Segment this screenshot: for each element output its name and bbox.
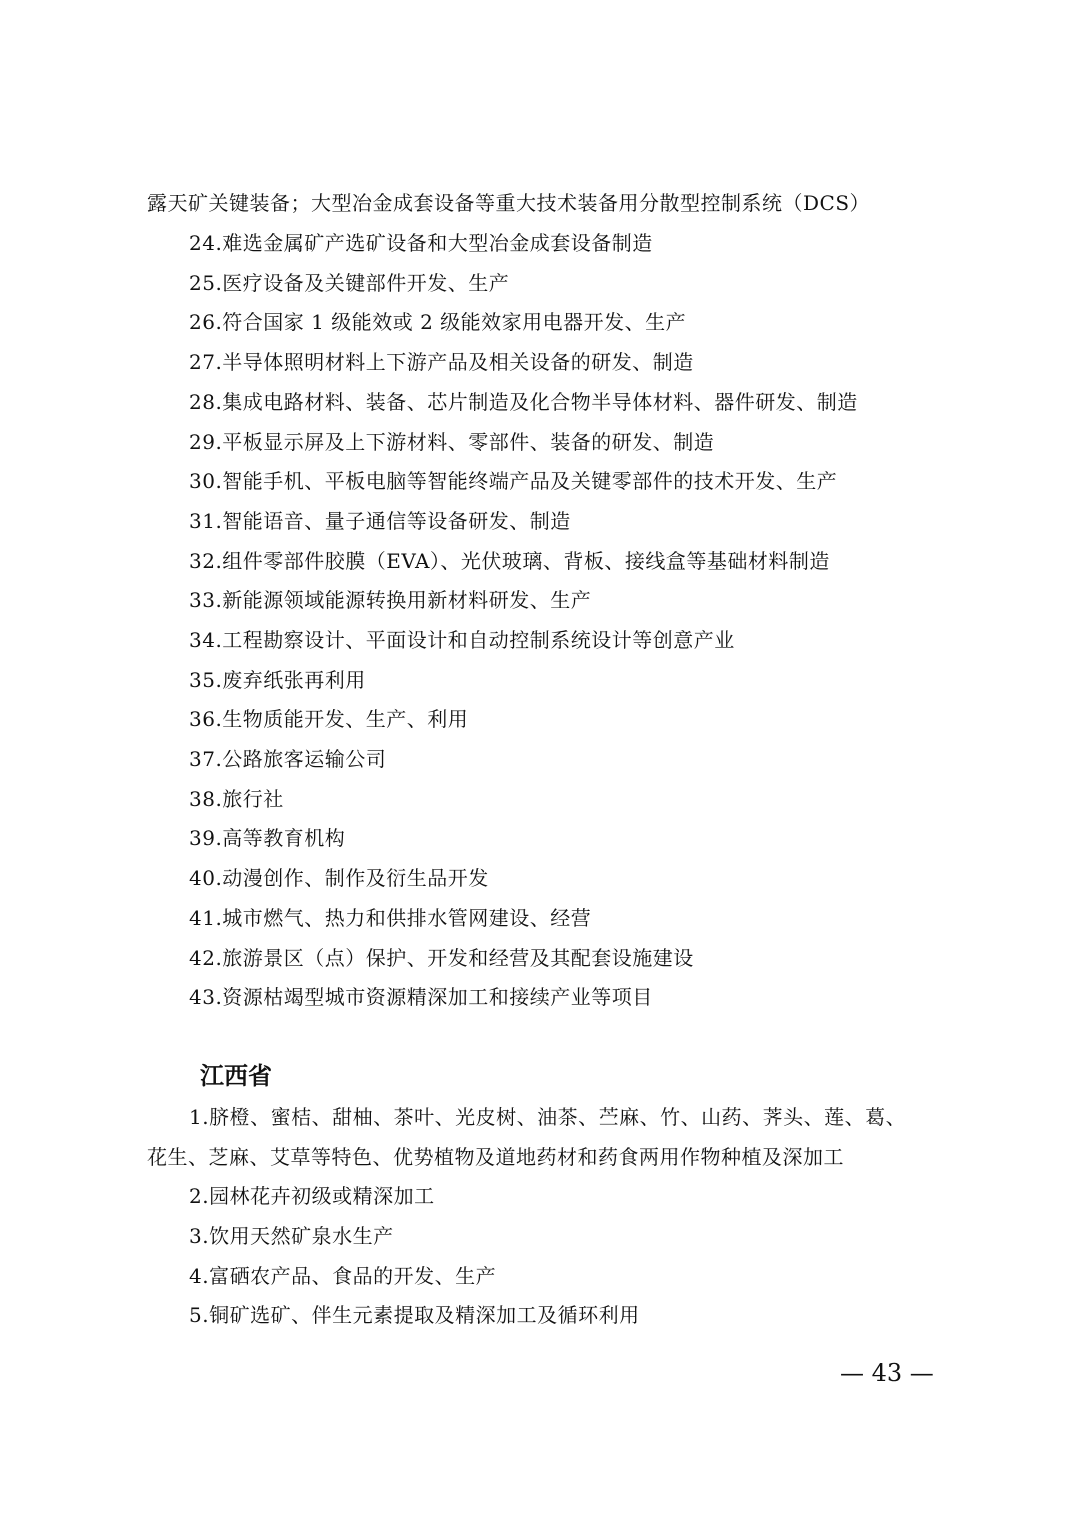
list-item: 34.工程勘察设计、平面设计和自动控制系统设计等创意产业 bbox=[189, 626, 735, 654]
list-item: 42.旅游景区（点）保护、开发和经营及其配套设施建设 bbox=[189, 944, 694, 972]
list-item: 26.符合国家 1 级能效或 2 级能效家用电器开发、生产 bbox=[189, 308, 686, 336]
list-item: 24.难选金属矿产选矿设备和大型冶金成套设备制造 bbox=[189, 229, 653, 257]
list-item: 25.医疗设备及关键部件开发、生产 bbox=[189, 269, 509, 297]
section-heading: 江西省 bbox=[200, 1060, 272, 1092]
list-item: 29.平板显示屏及上下游材料、零部件、装备的研发、制造 bbox=[189, 428, 714, 456]
list-item: 43.资源枯竭型城市资源精深加工和接续产业等项目 bbox=[189, 983, 653, 1011]
list-item: 36.生物质能开发、生产、利用 bbox=[189, 705, 468, 733]
list-item: 32.组件零部件胶膜（EVA）、光伏玻璃、背板、接线盒等基础材料制造 bbox=[189, 547, 830, 575]
list-item: 3.饮用天然矿泉水生产 bbox=[189, 1222, 394, 1250]
list-item: 4.富硒农产品、食品的开发、生产 bbox=[189, 1262, 496, 1290]
list-item: 30.智能手机、平板电脑等智能终端产品及关键零部件的技术开发、生产 bbox=[189, 467, 837, 495]
list-item: 33.新能源领域能源转换用新材料研发、生产 bbox=[189, 586, 591, 614]
list-item: 28.集成电路材料、装备、芯片制造及化合物半导体材料、器件研发、制造 bbox=[189, 388, 858, 416]
list-item: 39.高等教育机构 bbox=[189, 824, 345, 852]
list-item: 35.废弃纸张再利用 bbox=[189, 666, 366, 694]
list-item: 40.动漫创作、制作及衍生品开发 bbox=[189, 864, 489, 892]
list-item: 5.铜矿选矿、伴生元素提取及精深加工及循环利用 bbox=[189, 1301, 640, 1329]
document-page: 露天矿关键装备；大型冶金成套设备等重大技术装备用分散型控制系统（DCS） 24.… bbox=[0, 0, 1074, 1520]
list-item-continuation: 花生、芝麻、艾草等特色、优势植物及道地药材和药食两用作物种植及深加工 bbox=[147, 1143, 844, 1171]
list-item: 27.半导体照明材料上下游产品及相关设备的研发、制造 bbox=[189, 348, 694, 376]
list-item: 38.旅行社 bbox=[189, 785, 284, 813]
page-number: — 43 — bbox=[840, 1358, 934, 1388]
list-item: 1.脐橙、蜜桔、甜柚、茶叶、光皮树、油茶、苎麻、竹、山药、荠头、莲、葛、 bbox=[189, 1103, 906, 1131]
continuation-line: 露天矿关键装备；大型冶金成套设备等重大技术装备用分散型控制系统（DCS） bbox=[147, 189, 870, 217]
list-item: 37.公路旅客运输公司 bbox=[189, 745, 386, 773]
list-item: 2.园林花卉初级或精深加工 bbox=[189, 1182, 435, 1210]
list-item: 41.城市燃气、热力和供排水管网建设、经营 bbox=[189, 904, 591, 932]
list-item: 31.智能语音、量子通信等设备研发、制造 bbox=[189, 507, 571, 535]
